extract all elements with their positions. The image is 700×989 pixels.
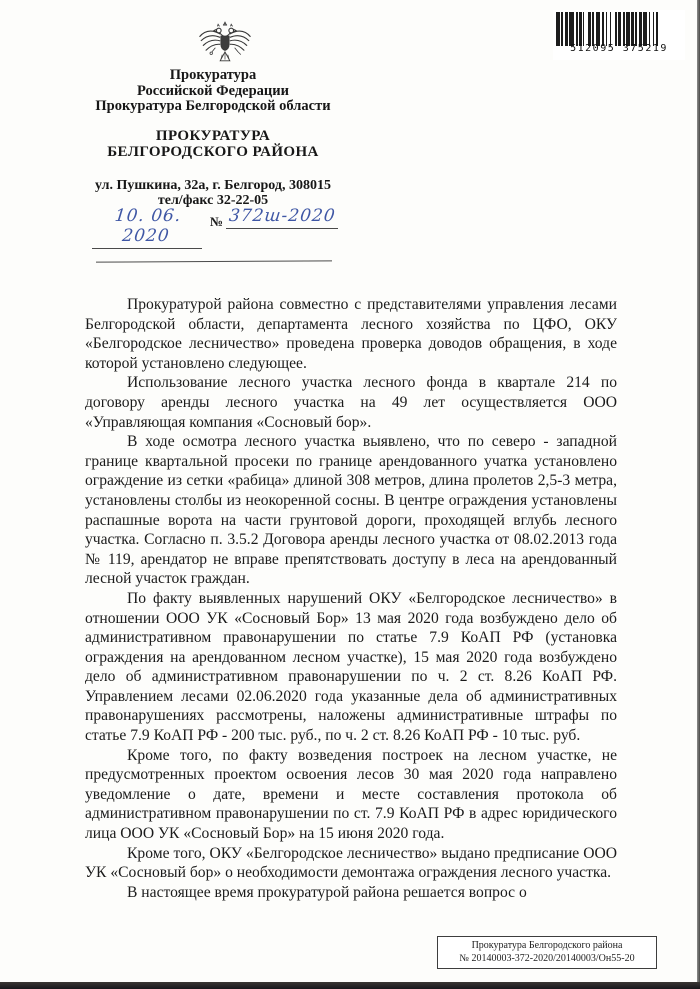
body-paragraph: Использование лесного участка лесного фо… bbox=[85, 373, 617, 432]
document-barcode: 512095 375219 bbox=[553, 10, 685, 60]
office-name-line2: БЕЛГОРОДСКОГО РАЙОНА bbox=[48, 144, 378, 161]
barcode-bars-icon bbox=[556, 12, 682, 46]
handwritten-number-text: 372ш-2020 bbox=[228, 206, 337, 226]
office-name-line1: ПРОКУРАТУРА bbox=[48, 128, 378, 145]
org-name-line1: Прокуратура bbox=[48, 68, 378, 84]
office-address: ул. Пушкина, 32а, г. Белгород, 308015 bbox=[48, 178, 378, 194]
barcode-digits: 512095 375219 bbox=[556, 43, 682, 54]
barcode-digits-left: 512095 bbox=[570, 43, 615, 54]
letterhead: Прокуратура Российской Федерации Прокура… bbox=[48, 68, 378, 209]
blank-reference-underline bbox=[96, 260, 332, 262]
body-paragraph: Прокуратурой района совместно с представ… bbox=[85, 295, 617, 373]
body-paragraph: Кроме того, по факту возведения построек… bbox=[85, 746, 617, 844]
reference-line: 10. 06. 2020 № 372ш-2020 bbox=[92, 206, 352, 236]
scanned-letter-page: 512095 375219 bbox=[0, 0, 700, 989]
letter-body: Прокуратурой района совместно с представ… bbox=[85, 295, 617, 902]
scan-edge-bottom bbox=[0, 982, 700, 989]
handwritten-number: 372ш-2020 bbox=[226, 206, 338, 229]
body-paragraph: В настоящее время прокуратурой района ре… bbox=[85, 883, 617, 903]
org-name-line2: Российской Федерации bbox=[48, 84, 378, 100]
body-paragraph: По факту выявленных нарушений ОКУ «Белго… bbox=[85, 589, 617, 746]
stamp-org-line: Прокуратура Белгородского района bbox=[443, 940, 651, 953]
handwritten-date-text: 10. 06. 2020 bbox=[90, 206, 204, 246]
barcode-digits-right: 375219 bbox=[623, 43, 668, 54]
stamp-number-line: № 20140003-372-2020/20140003/Он55-20 bbox=[443, 953, 651, 966]
org-name-line3: Прокуратура Белгородской области bbox=[48, 99, 378, 115]
body-paragraph: В ходе осмотра лесного участка выявлено,… bbox=[85, 432, 617, 589]
body-paragraph: Кроме того, ОКУ «Белгородское лесничеств… bbox=[85, 844, 617, 883]
russia-coat-of-arms-icon bbox=[194, 20, 256, 70]
number-sign: № bbox=[210, 214, 223, 230]
handwritten-date: 10. 06. 2020 bbox=[92, 206, 202, 249]
registration-stamp-box: Прокуратура Белгородского района № 20140… bbox=[437, 936, 657, 969]
